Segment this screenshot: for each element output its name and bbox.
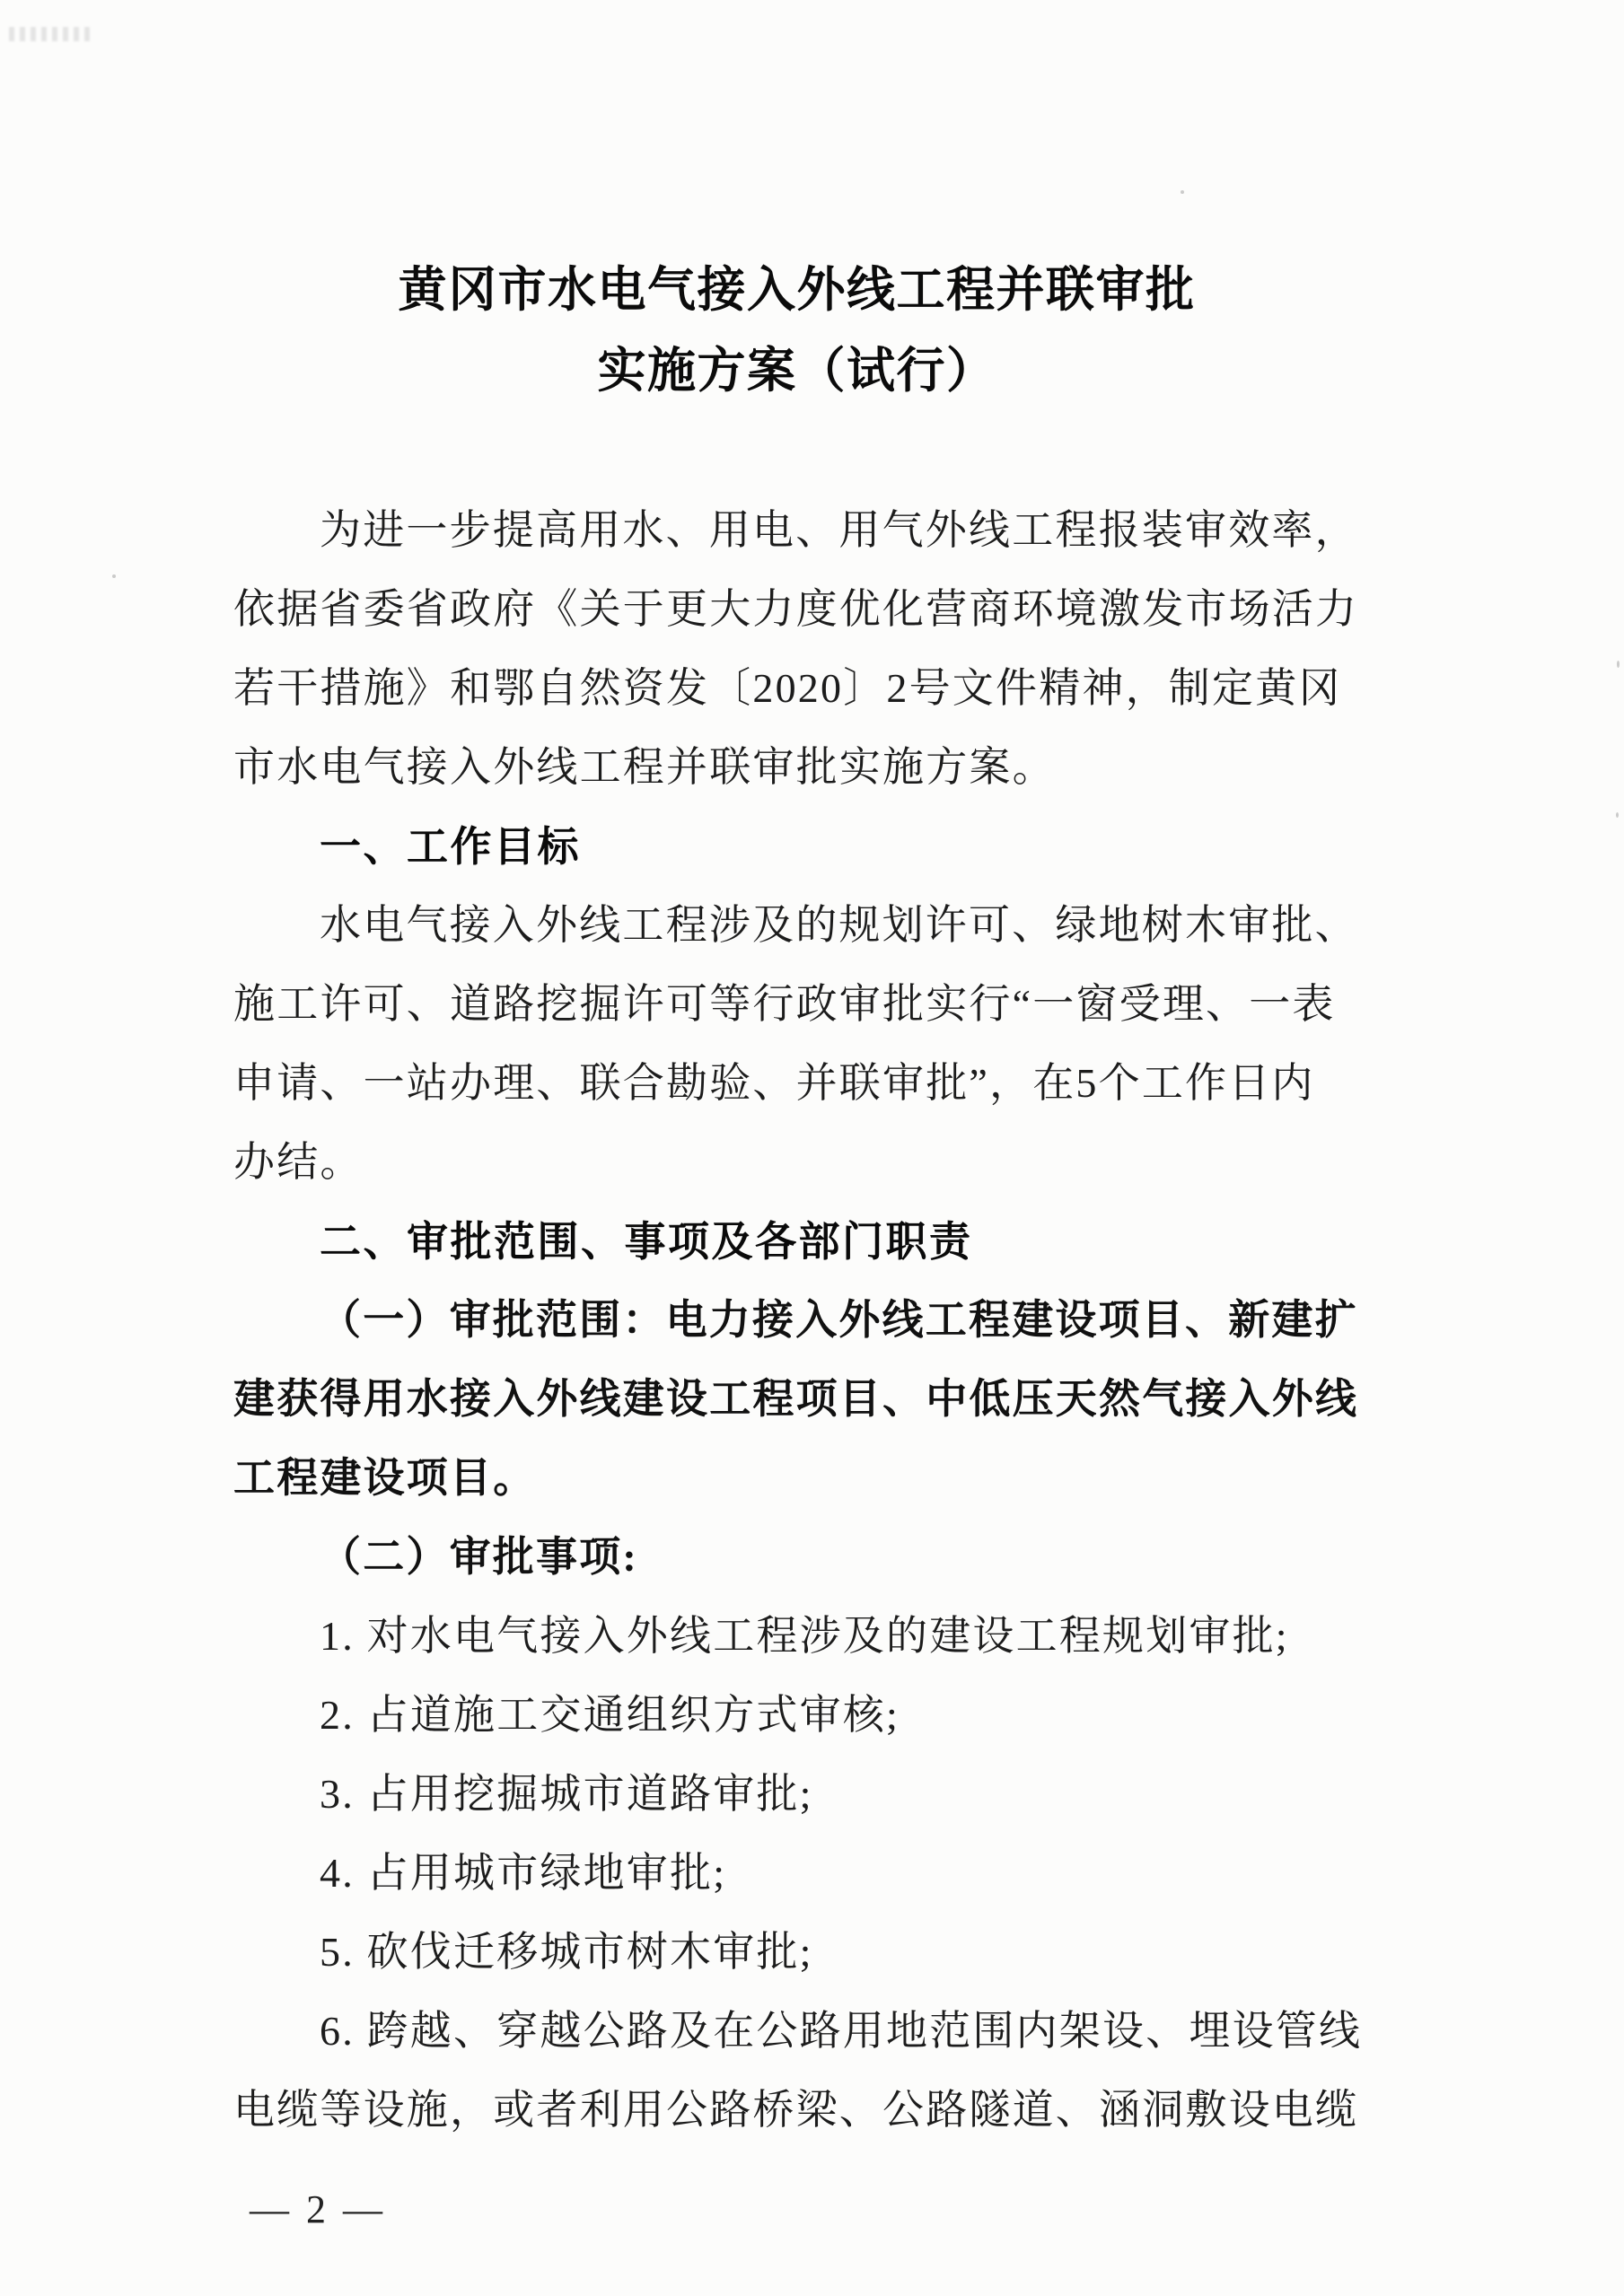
scan-artifact (9, 27, 94, 41)
subheading-approval-items: （二）审批事项: (233, 1518, 1400, 1597)
body-line: 为进一步提高用水、用电、用气外线工程报装审效率， (233, 491, 1400, 570)
body-line: 申请、一站办理、联合勘验、并联审批”，在5个工作日内 (233, 1044, 1400, 1123)
scan-speck (1616, 812, 1619, 818)
list-item: 4. 占用城市绿地审批; (233, 1834, 1400, 1913)
document-title-line-2: 实施方案（试行） (233, 345, 1360, 397)
body-line: 水电气接入外线工程涉及的规划许可、绿地树木审批、 (233, 886, 1400, 965)
heading-work-goals: 一、工作目标 (233, 807, 1400, 886)
list-item: 电缆等设施，或者利用公路桥梁、公路隧道、涵洞敷设电缆 (233, 2071, 1400, 2150)
list-item: 2. 占道施工交通组织方式审核; (233, 1676, 1400, 1755)
body-line: 若干措施》和鄂自然资发〔2020〕2号文件精神，制定黄冈 (233, 649, 1400, 728)
list-item: 1. 对水电气接入外线工程涉及的建设工程规划审批; (233, 1597, 1400, 1676)
subheading-approval-scope: （一）审批范围：电力接入外线工程建设项目、新建扩 (233, 1281, 1400, 1360)
body-line: 市水电气接入外线工程并联审批实施方案。 (233, 728, 1400, 807)
document-body: 为进一步提高用水、用电、用气外线工程报装审效率， 依据省委省政府《关于更大力度优… (233, 491, 1400, 2150)
body-line: 施工许可、道路挖掘许可等行政审批实行“一窗受理、一表 (233, 965, 1400, 1044)
list-item: 3. 占用挖掘城市道路审批; (233, 1755, 1400, 1834)
scan-speck (1617, 661, 1620, 668)
scan-speck (112, 574, 116, 578)
list-item: 5. 砍伐迁移城市树木审批; (233, 1913, 1400, 1992)
body-line: 工程建设项目。 (233, 1439, 1400, 1518)
heading-scope-and-duties: 二、审批范围、事项及各部门职责 (233, 1202, 1400, 1281)
scanned-document-page: 黄冈市水电气接入外线工程并联审批 实施方案（试行） 为进一步提高用水、用电、用气… (0, 0, 1624, 2296)
page-number: — 2 — (250, 2186, 386, 2232)
body-line: 建获得用水接入外线建设工程项目、中低压天然气接入外线 (233, 1360, 1400, 1439)
scan-speck (1181, 190, 1184, 194)
body-line: 办结。 (233, 1123, 1400, 1202)
document-title-line-1: 黄冈市水电气接入外线工程并联审批 (233, 264, 1360, 316)
body-line: 依据省委省政府《关于更大力度优化营商环境激发市场活力 (233, 570, 1400, 649)
list-item: 6. 跨越、穿越公路及在公路用地范围内架设、埋设管线 (233, 1992, 1400, 2071)
